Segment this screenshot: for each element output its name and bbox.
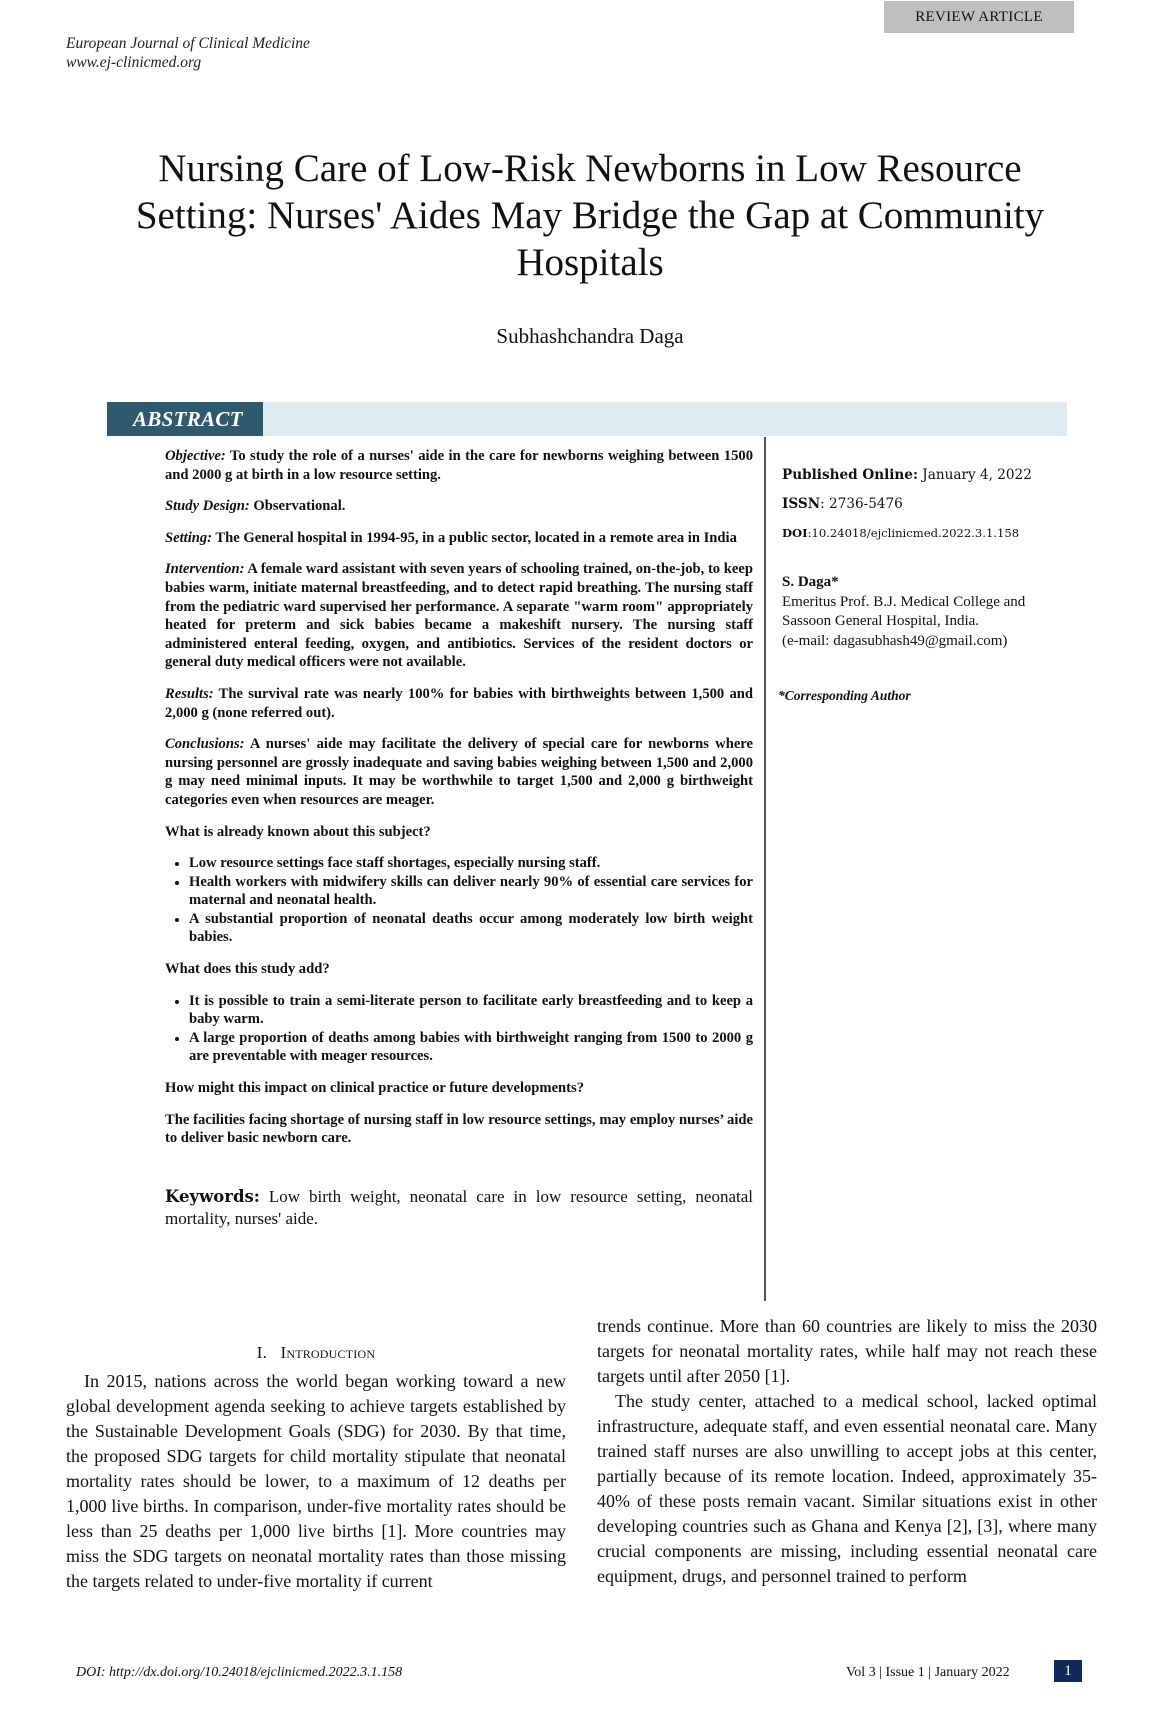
list-item: Health workers with midwifery skills can… [189, 873, 753, 910]
issn: ISSN: 2736-5476 [782, 496, 1082, 512]
paragraph: The study center, attached to a medical … [597, 1389, 1097, 1589]
journal-url[interactable]: www.ej-clinicmed.org [66, 53, 310, 72]
abstract-results: Results: The survival rate was nearly 10… [165, 685, 753, 722]
author-email[interactable]: (e-mail: dagasubhash49@gmail.com) [782, 632, 1082, 652]
article-type-badge: REVIEW ARTICLE [884, 1, 1074, 33]
abstract-objective: Objective: To study the role of a nurses… [165, 447, 753, 484]
abstract-conclusions: Conclusions: A nurses' aide may facilita… [165, 735, 753, 809]
author-name: S. Daga* [782, 573, 1082, 593]
body-column-right: trends continue. More than 60 countries … [597, 1314, 1097, 1589]
section-numeral: I. [257, 1343, 267, 1362]
published-online: Published Online: January 4, 2022 [782, 467, 1082, 483]
doi: DOI:10.24018/ejclinicmed.2022.3.1.158 [782, 526, 1082, 540]
abstract-intervention: Intervention: A female ward assistant wi… [165, 560, 753, 672]
abstract-study-design: Study Design: Observational. [165, 497, 753, 516]
affiliation-line-1: Emeritus Prof. B.J. Medical College and [782, 593, 1082, 613]
journal-header: European Journal of Clinical Medicine ww… [66, 34, 310, 72]
body-column-left: In 2015, nations across the world began … [66, 1369, 566, 1594]
journal-name: European Journal of Clinical Medicine [66, 34, 310, 53]
affiliation-line-2: Sassoon General Hospital, India. [782, 612, 1082, 632]
article-title: Nursing Care of Low-Risk Newborns in Low… [100, 145, 1080, 286]
abstract-body: Objective: To study the role of a nurses… [165, 447, 753, 1243]
footer-doi-link[interactable]: DOI: http://dx.doi.org/10.24018/ejclinic… [76, 1665, 402, 1681]
corresponding-author-note: *Corresponding Author [778, 688, 911, 704]
column-divider [764, 437, 766, 1301]
known-list: Low resource settings face staff shortag… [165, 854, 753, 947]
author-info: S. Daga* Emeritus Prof. B.J. Medical Col… [782, 573, 1082, 651]
impact-question: How might this impact on clinical practi… [165, 1079, 753, 1098]
list-item: A substantial proportion of neonatal dea… [189, 910, 753, 947]
adds-list: It is possible to train a semi-literate … [165, 992, 753, 1066]
footer-volume-issue: Vol 3 | Issue 1 | January 2022 [846, 1665, 1010, 1681]
adds-question: What does this study add? [165, 960, 753, 979]
list-item: It is possible to train a semi-literate … [189, 992, 753, 1029]
list-item: Low resource settings face staff shortag… [189, 854, 753, 873]
keywords: Keywords: Low birth weight, neonatal car… [165, 1186, 753, 1230]
abstract-heading: ABSTRACT [107, 402, 263, 436]
known-question: What is already known about this subject… [165, 823, 753, 842]
impact-text: The facilities facing shortage of nursin… [165, 1111, 753, 1148]
page-number: 1 [1054, 1660, 1082, 1682]
paragraph: trends continue. More than 60 countries … [597, 1314, 1097, 1389]
section-heading-introduction: I. Introduction [66, 1343, 566, 1363]
paragraph: In 2015, nations across the world began … [66, 1369, 566, 1594]
article-author: Subhashchandra Daga [100, 324, 1080, 349]
section-title: Introduction [280, 1343, 375, 1362]
abstract-setting: Setting: The General hospital in 1994-95… [165, 529, 753, 548]
list-item: A large proportion of deaths among babie… [189, 1029, 753, 1066]
